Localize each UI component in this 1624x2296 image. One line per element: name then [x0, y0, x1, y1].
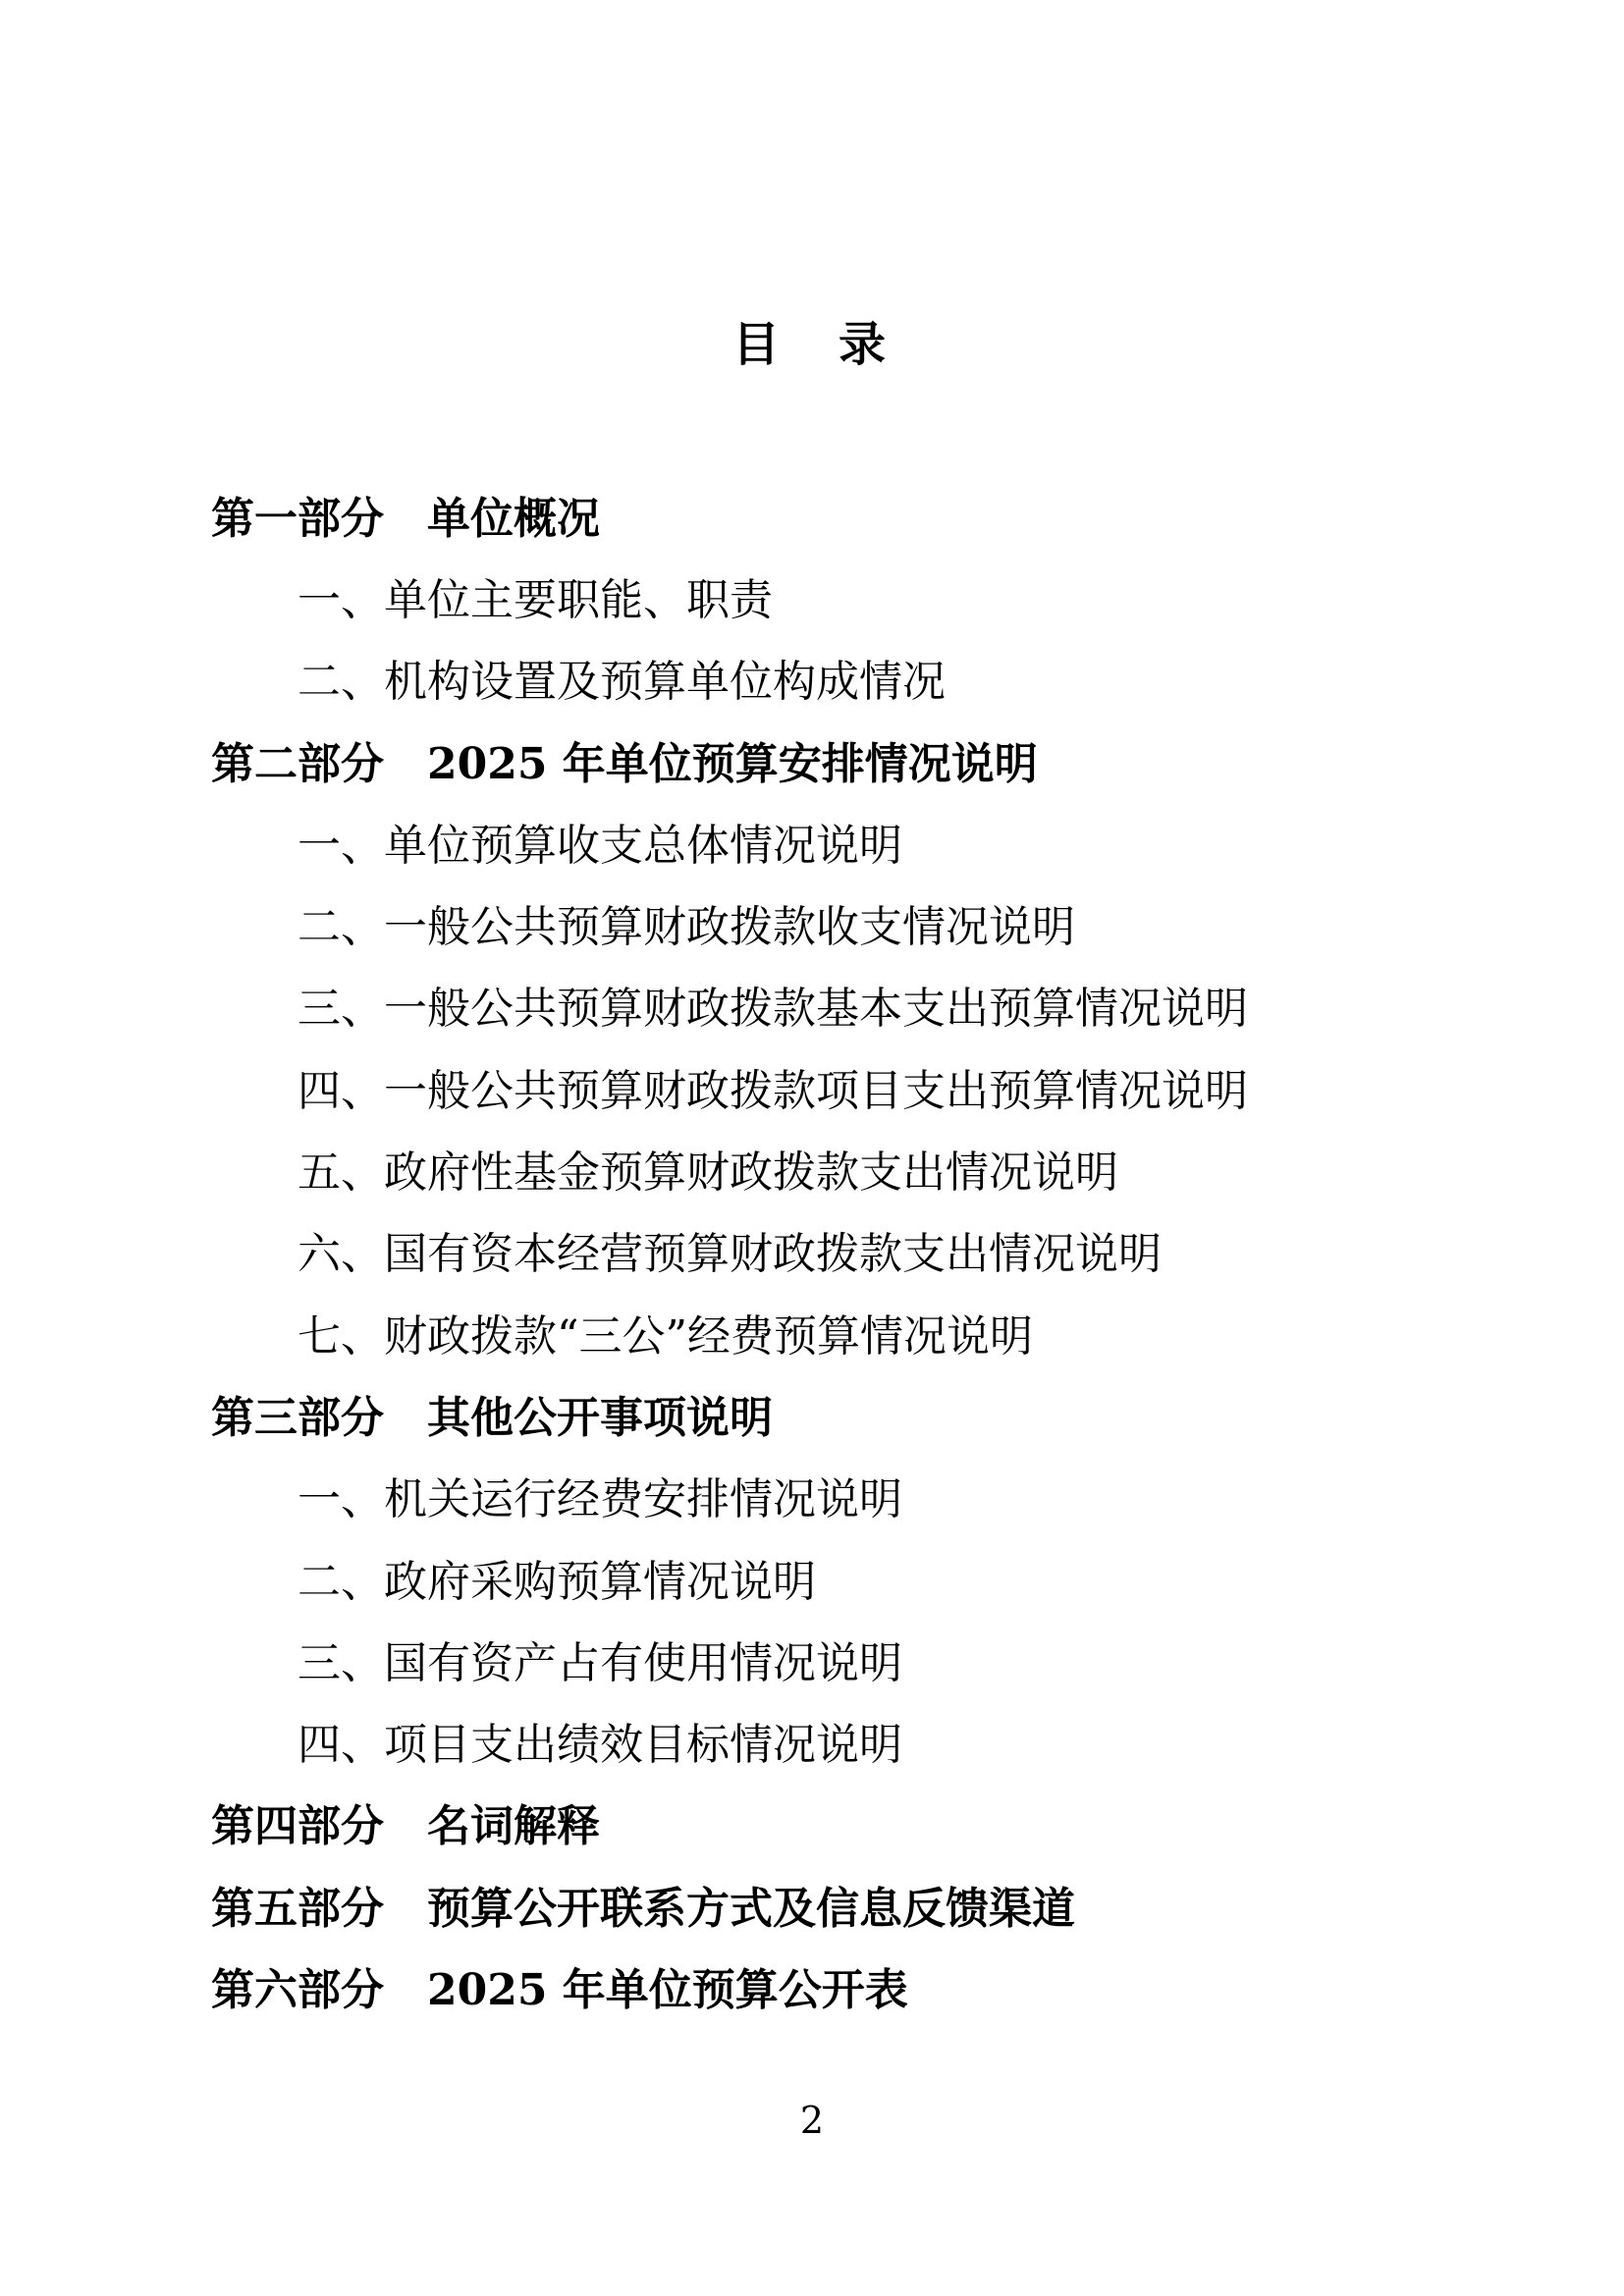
- table-of-contents: 第一部分 单位概况 一、单位主要职能、职责 二、机构设置及预算单位构成情况 第二…: [0, 473, 1624, 2027]
- toc-item-part2-4: 四、一般公共预算财政拨款项目支出预算情况说明: [0, 1045, 1624, 1127]
- toc-item-part2-3: 三、一般公共预算财政拨款基本支出预算情况说明: [0, 964, 1624, 1045]
- toc-item-part2-5: 五、政府性基金预算财政拨款支出情况说明: [0, 1127, 1624, 1208]
- toc-item-part3-1: 一、机关运行经费安排情况说明: [0, 1455, 1624, 1536]
- page-number: 2: [0, 2099, 1624, 2142]
- toc-item-part2-2: 二、一般公共预算财政拨款收支情况说明: [0, 881, 1624, 963]
- toc-heading-part1: 第一部分 单位概况: [0, 473, 1624, 555]
- toc-heading-part3: 第三部分 其他公开事项说明: [0, 1372, 1624, 1454]
- toc-item-part2-1: 一、单位预算收支总体情况说明: [0, 800, 1624, 881]
- toc-item-part3-3: 三、国有资产占有使用情况说明: [0, 1618, 1624, 1699]
- toc-item-part3-2: 二、政府采购预算情况说明: [0, 1536, 1624, 1618]
- page-title: 目 录: [0, 306, 1624, 374]
- toc-heading-part2: 第二部分 2025 年单位预算安排情况说明: [0, 719, 1624, 800]
- document-page: 目 录 第一部分 单位概况 一、单位主要职能、职责 二、机构设置及预算单位构成情…: [0, 0, 1624, 2296]
- toc-item-part2-6: 六、国有资本经营预算财政拨款支出情况说明: [0, 1209, 1624, 1291]
- toc-heading-part6: 第六部分 2025 年单位预算公开表: [0, 1945, 1624, 2026]
- toc-item-part3-4: 四、项目支出绩效目标情况说明: [0, 1699, 1624, 1781]
- toc-heading-part5: 第五部分 预算公开联系方式及信息反馈渠道: [0, 1863, 1624, 1945]
- toc-item-part1-2: 二、机构设置及预算单位构成情况: [0, 637, 1624, 719]
- toc-item-part1-1: 一、单位主要职能、职责: [0, 555, 1624, 636]
- toc-heading-part4: 第四部分 名词解释: [0, 1782, 1624, 1863]
- toc-item-part2-7: 七、财政拨款“三公”经费预算情况说明: [0, 1291, 1624, 1372]
